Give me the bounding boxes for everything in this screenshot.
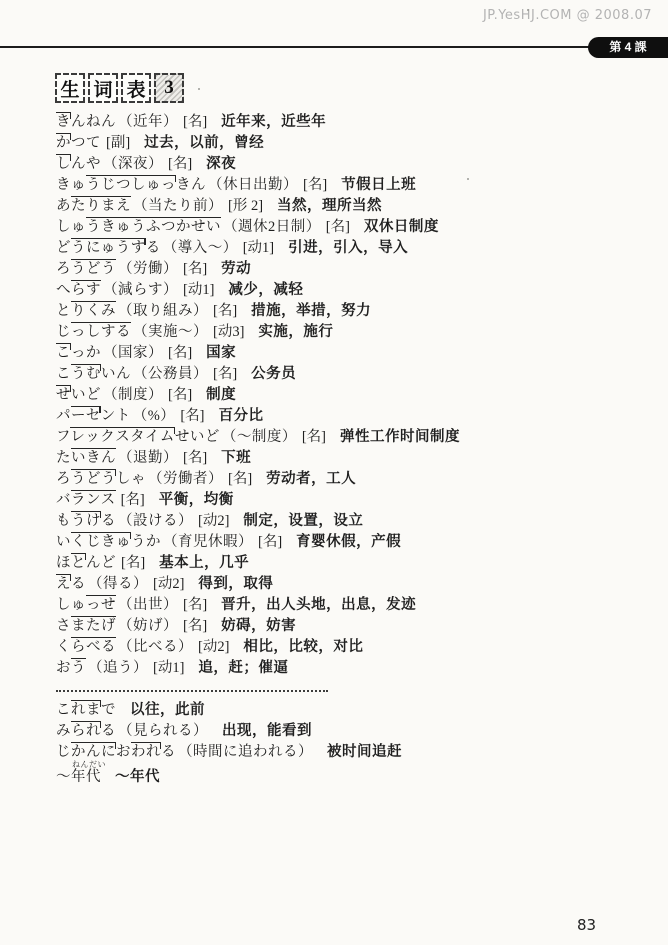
vocab-kanji: （制度） <box>103 387 163 403</box>
kana-segment: ランス <box>71 490 116 508</box>
vocab-pos: [动1] <box>153 660 184 676</box>
kana-segment: われ <box>131 742 161 760</box>
vocab-word: ろうどうしゃ <box>56 469 146 487</box>
vocab-pos: [名] <box>168 345 192 361</box>
vocab-word: しんや <box>56 154 101 172</box>
kana-segment: る <box>146 240 161 256</box>
vocab-meaning: 追，赶；催逼 <box>198 660 288 676</box>
vocab-word: しゅうきゅうふつかせい <box>56 217 221 235</box>
vocab-list: きんねん（近年）[名]近年来，近些年かつて[副]过去，以前，曾经しんや（深夜）[… <box>56 112 651 788</box>
vocab-line: さまたげ（妨げ）[名]妨碍，妨害 <box>56 616 651 637</box>
vocab-pos: [动1] <box>183 282 214 298</box>
kana-segment: うけ <box>71 511 101 529</box>
vocab-pos: [名] <box>180 408 204 424</box>
vocab-meaning: 以往，此前 <box>130 702 205 718</box>
kana-segment: お <box>116 744 131 760</box>
vocab-kanji: （国家） <box>103 345 163 361</box>
vocab-kanji: （労働） <box>118 261 178 277</box>
kana-segment: うどう <box>71 469 116 487</box>
vocab-kanji: （得る） <box>88 576 148 592</box>
vocab-line: える（得る）[动2]得到，取得 <box>56 574 651 595</box>
vocab-pos: [名] <box>302 429 326 445</box>
kana-segment: こ <box>56 366 71 382</box>
vocab-kanji: （%） <box>133 408 176 424</box>
vocab-line: ～ねんだい年代～年代 <box>56 767 651 788</box>
vocab-kanji: （公務員） <box>133 366 208 382</box>
title-char-box: 生 <box>55 73 85 103</box>
vocab-kanji: （比べる） <box>118 639 193 655</box>
vocab-pos: [名] <box>183 450 207 466</box>
vocab-word: える <box>56 574 86 592</box>
vocab-line: いくじきゅうか（育児休暇）[名]育婴休假，产假 <box>56 532 651 553</box>
vocab-line: こうむいん（公務員）[名]公务员 <box>56 364 651 385</box>
kana-segment: しゃ <box>116 471 146 487</box>
vocab-word: しゅっせ <box>56 595 116 613</box>
vocab-kanji: （見られる） <box>118 723 208 739</box>
vocab-line: これまで以往，此前 <box>56 700 651 721</box>
vocab-line: じっしする（実施～）[动3]实施，施行 <box>56 322 651 343</box>
vocab-line: パーセント（%）[名]百分比 <box>56 406 651 427</box>
vocab-line: きんねん（近年）[名]近年来，近些年 <box>56 112 651 133</box>
vocab-word: これまで <box>56 700 116 718</box>
kana-segment: る <box>101 723 116 739</box>
kana-segment: しゅ <box>56 597 86 613</box>
kana-segment: いきん <box>71 448 116 466</box>
vocab-meaning: 减少，减轻 <box>228 282 303 298</box>
vocab-pos: [名] <box>121 492 145 508</box>
vocab-line: おう（追う）[动1]追，赶；催逼 <box>56 658 651 679</box>
vocab-pos: [名] <box>183 597 207 613</box>
vocab-pos: [名] <box>168 156 192 172</box>
vocab-kanji: （週休2日制） <box>223 219 321 235</box>
vocab-kanji: （労働者） <box>148 471 223 487</box>
kana-segment: で <box>101 702 116 718</box>
vocab-line: せいど（制度）[名]制度 <box>56 385 651 406</box>
kana-segment: じ <box>56 744 71 760</box>
vocab-meaning: 国家 <box>206 345 236 361</box>
kana-segment: お <box>56 660 71 676</box>
kana-segment: る <box>161 744 176 760</box>
vocab-word: ほとんど <box>56 553 116 571</box>
vocab-line: あたりまえ（当たり前）[形 2]当然，理所当然 <box>56 196 651 217</box>
vocab-word: ～ねんだい年代 <box>56 769 101 785</box>
vocab-meaning: 双休日制度 <box>364 219 439 235</box>
vocab-word: へらす <box>56 280 101 298</box>
vocab-meaning: 被时间追赶 <box>327 744 402 760</box>
kana-segment: いど <box>71 387 101 403</box>
title-char-box: 词 <box>88 73 118 103</box>
vocab-pos: [动2] <box>198 639 229 655</box>
kana-segment: し <box>56 154 71 172</box>
vocab-kanji: （休日出勤） <box>208 177 298 193</box>
vocab-line: フレックスタイムせいど（～制度）[名]弹性工作时间制度 <box>56 427 651 448</box>
kana-segment: またげ <box>71 616 116 634</box>
kana-segment: み <box>56 723 71 739</box>
vocab-line: どうにゅうする（導入～）[动1]引进，引入，导入 <box>56 238 651 259</box>
vocab-word: こっか <box>56 343 101 361</box>
furigana: ねんだい <box>72 761 106 769</box>
kana-segment: りくみ <box>71 301 116 319</box>
kana-segment: いん <box>101 366 131 382</box>
title-char-box: 表 <box>121 73 151 103</box>
kana-segment: っしする <box>71 322 131 340</box>
vocab-meaning: 深夜 <box>206 156 236 172</box>
vocab-meaning: 弹性工作时间制度 <box>340 429 460 445</box>
vocab-line: もうける（設ける）[动2]制定，设置，设立 <box>56 511 651 532</box>
kana-segment: バ <box>56 492 71 508</box>
kana-segment: っか <box>71 345 101 361</box>
vocab-pos: [名] <box>183 618 207 634</box>
kana-segment: せいど <box>175 429 220 445</box>
vocab-meaning: 节假日上班 <box>341 177 416 193</box>
kana-segment: せ <box>56 385 71 403</box>
kana-segment: ど <box>56 240 71 256</box>
vocab-kanji: （取り組み） <box>118 303 208 319</box>
kana-segment: らべる <box>71 637 116 655</box>
vocab-line: ろうどう（労働）[名]劳动 <box>56 259 651 280</box>
separator-dots <box>56 690 328 692</box>
kana-segment: うか <box>131 534 161 550</box>
vocab-word: あたりまえ <box>56 196 131 214</box>
vocab-pos: [形 2] <box>228 198 263 214</box>
vocab-word: じっしする <box>56 322 131 340</box>
vocab-meaning: 措施，举措，努力 <box>251 303 371 319</box>
vocab-line: ろうどうしゃ（労働者）[名]劳动者，工人 <box>56 469 651 490</box>
kana-segment: あ <box>56 198 71 214</box>
scanned-textbook-page: JP.YesHJ.COM @ 2008.07 第 4 課 生 词 表 3 きんね… <box>0 0 668 945</box>
vocab-pos: [名] <box>228 471 252 487</box>
kana-segment: と <box>56 303 71 319</box>
vocab-line: しゅっせ（出世）[名]晋升，出人头地，出息，发迹 <box>56 595 651 616</box>
kana-segment: レックスタイム <box>70 427 174 445</box>
vocab-word: とりくみ <box>56 301 116 319</box>
vocab-word: きゅうじつしゅっきん <box>56 175 206 193</box>
kana-segment: かんに <box>71 742 116 760</box>
vocab-meaning: ～年代 <box>115 769 160 785</box>
kana-segment: きゅ <box>56 177 86 193</box>
vocab-word: パーセント <box>56 406 131 424</box>
kana-segment: られ <box>71 721 101 739</box>
kana-segment: うじつしゅっ <box>86 175 176 193</box>
vocab-kanji: （深夜） <box>103 156 163 172</box>
vocab-meaning: 实施，施行 <box>258 324 333 340</box>
vocab-meaning: 相比，比较，对比 <box>243 639 363 655</box>
vocab-kanji: （設ける） <box>118 513 193 529</box>
vocab-kanji: （～制度） <box>222 429 297 445</box>
vocab-meaning: 劳动 <box>221 261 251 277</box>
vocab-pos: [动3] <box>213 324 244 340</box>
kana-segment: も <box>56 513 71 529</box>
vocab-line: きゅうじつしゅっきん（休日出勤）[名]节假日上班 <box>56 175 651 196</box>
vocab-kanji: （出世） <box>118 597 178 613</box>
vocab-word: たいきん <box>56 448 116 466</box>
kana-segment: き <box>56 112 71 130</box>
vocab-meaning: 平衡，均衡 <box>159 492 234 508</box>
kana-segment: ーセ <box>71 406 101 424</box>
vocab-word: じかんにおわれる <box>56 742 176 760</box>
kana-segment: んや <box>71 156 101 172</box>
kana-segment: ほ <box>56 555 71 571</box>
vocab-meaning: 下班 <box>221 450 251 466</box>
kana-segment: つて <box>71 135 101 151</box>
vocab-word: さまたげ <box>56 616 116 634</box>
vocab-pos: [名] <box>303 177 327 193</box>
kana-segment: しゅ <box>56 219 86 235</box>
vocab-word: ろうどう <box>56 259 116 277</box>
kana-segment: た <box>56 450 71 466</box>
vocab-line: ほとんど[名]基本上，几乎 <box>56 553 651 574</box>
vocab-meaning: 妨碍，妨害 <box>221 618 296 634</box>
page-title: 生 词 表 3 <box>55 73 184 103</box>
lesson-tab: 第 4 課 <box>588 37 668 58</box>
scan-speck <box>527 9 529 11</box>
vocab-word: こうむいん <box>56 364 131 382</box>
vocab-meaning: 引进，引入，导入 <box>288 240 408 256</box>
vocab-word: おう <box>56 658 86 676</box>
kana-segment: え <box>56 574 71 592</box>
kana-segment: うにゅうす <box>71 238 146 256</box>
vocab-pos: [动2] <box>153 576 184 592</box>
vocab-word: いくじきゅうか <box>56 532 161 550</box>
vocab-line: じかんにおわれる（時間に追われる）被时间追赶 <box>56 742 651 763</box>
kana-segment: くじきゅ <box>71 532 131 550</box>
vocab-meaning: 育婴休假，产假 <box>296 534 401 550</box>
vocab-kanji: （時間に追われる） <box>178 744 313 760</box>
vocab-kanji: （当たり前） <box>133 198 223 214</box>
kana-segment: ろ <box>56 261 71 277</box>
kana-segment: んねん <box>71 114 116 130</box>
vocab-word: きんねん <box>56 112 116 130</box>
kana-segment: うきゅうふつかせい <box>86 217 221 235</box>
kana-segment: る <box>101 513 116 529</box>
header-rule-line <box>0 46 598 48</box>
vocab-line: かつて[副]过去，以前，曾经 <box>56 133 651 154</box>
vocab-meaning: 劳动者，工人 <box>266 471 356 487</box>
vocab-word: くらべる <box>56 637 116 655</box>
vocab-meaning: 基本上，几乎 <box>159 555 249 571</box>
kana-segment: うどう <box>71 259 116 277</box>
vocab-meaning: 当然，理所当然 <box>277 198 382 214</box>
kana-segment: こ <box>56 343 71 361</box>
kana-segment: ねんだい年代 <box>71 769 101 785</box>
vocab-line: みられる（見られる）出现，能看到 <box>56 721 651 742</box>
vocab-pos: [副] <box>106 135 130 151</box>
kana-segment: んど <box>86 555 116 571</box>
vocab-meaning: 制度 <box>206 387 236 403</box>
kana-segment: フ <box>56 429 70 445</box>
kana-segment: く <box>56 639 71 655</box>
vocab-meaning: 公务员 <box>251 366 296 382</box>
kana-segment: うむ <box>71 364 101 382</box>
vocab-word: かつて <box>56 133 101 151</box>
vocab-kanji: （退勤） <box>118 450 178 466</box>
scan-speck <box>467 178 469 180</box>
vocab-kanji: （減らす） <box>103 282 178 298</box>
vocab-meaning: 近年来，近些年 <box>221 114 326 130</box>
vocab-kanji: （育児休暇） <box>163 534 253 550</box>
vocab-pos: [名] <box>168 387 192 403</box>
vocab-pos: [名] <box>183 261 207 277</box>
vocab-meaning: 过去，以前，曾经 <box>144 135 264 151</box>
vocab-word: みられる <box>56 721 116 739</box>
vocab-kanji: （実施～） <box>133 324 208 340</box>
vocab-line: しんや（深夜）[名]深夜 <box>56 154 651 175</box>
kana-segment: か <box>56 133 71 151</box>
page-number: 83 <box>577 916 596 934</box>
vocab-kanji: （近年） <box>118 114 178 130</box>
vocab-word: フレックスタイムせいど <box>56 427 220 445</box>
vocab-pos: [动1] <box>243 240 274 256</box>
vocab-kanji: （追う） <box>88 660 148 676</box>
vocab-word: もうける <box>56 511 116 529</box>
kana-segment: と <box>71 553 86 571</box>
kana-segment: い <box>56 534 71 550</box>
vocab-line: しゅうきゅうふつかせい（週休2日制）[名]双休日制度 <box>56 217 651 238</box>
vocab-pos: [名] <box>258 534 282 550</box>
vocab-word: バランス <box>56 490 116 508</box>
vocab-meaning: 得到，取得 <box>198 576 273 592</box>
vocab-line: バランス[名]平衡，均衡 <box>56 490 651 511</box>
vocab-word: せいど <box>56 385 101 403</box>
vocab-kanji: （妨げ） <box>118 618 178 634</box>
vocab-meaning: 出现，能看到 <box>222 723 312 739</box>
title-number-box: 3 <box>154 73 184 103</box>
kana-segment: う <box>71 658 86 676</box>
vocab-line: くらべる（比べる）[动2]相比，比较，对比 <box>56 637 651 658</box>
scan-speck <box>198 88 200 90</box>
vocab-pos: [名] <box>213 303 237 319</box>
watermark-text: JP.YesHJ.COM @ 2008.07 <box>483 8 652 23</box>
kana-segment: たりまえ <box>71 196 131 214</box>
vocab-line: とりくみ（取り組み）[名]措施，举措，努力 <box>56 301 651 322</box>
kana-segment: らす <box>71 280 101 298</box>
kana-segment: こ <box>56 702 71 718</box>
vocab-pos: [动2] <box>198 513 229 529</box>
vocab-meaning: 百分比 <box>218 408 263 424</box>
vocab-line: こっか（国家）[名]国家 <box>56 343 651 364</box>
vocab-kanji: （導入～） <box>163 240 238 256</box>
kana-segment: じ <box>56 324 71 340</box>
section-separator <box>56 679 651 700</box>
kana-segment: パ <box>56 408 71 424</box>
kana-segment: っせ <box>86 595 116 613</box>
kana-segment: れま <box>71 700 101 718</box>
vocab-pos: [名] <box>121 555 145 571</box>
vocab-pos: [名] <box>183 114 207 130</box>
vocab-pos: [名] <box>213 366 237 382</box>
vocab-pos: [名] <box>326 219 350 235</box>
kana-segment: ろ <box>56 471 71 487</box>
kana-segment: さ <box>56 618 71 634</box>
kana-segment: ～ <box>56 769 71 785</box>
kana-segment: へ <box>56 282 71 298</box>
vocab-word: どうにゅうする <box>56 238 161 256</box>
vocab-meaning: 晋升，出人头地，出息，发迹 <box>221 597 416 613</box>
vocab-line: へらす（減らす）[动1]减少，减轻 <box>56 280 651 301</box>
kana-segment: る <box>71 576 86 592</box>
kana-segment: きん <box>176 177 206 193</box>
vocab-line: たいきん（退勤）[名]下班 <box>56 448 651 469</box>
vocab-meaning: 制定，设置，设立 <box>243 513 363 529</box>
kana-segment: ント <box>101 408 131 424</box>
